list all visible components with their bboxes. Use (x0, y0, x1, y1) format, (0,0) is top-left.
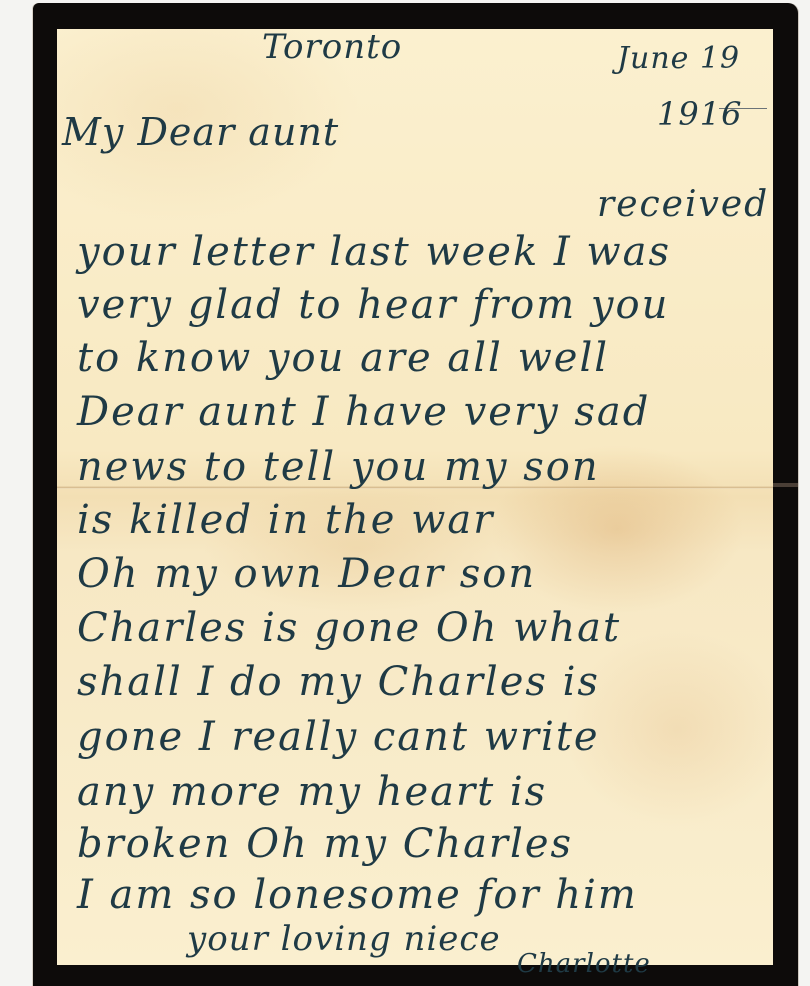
body-line: broken Oh my Charles (77, 821, 573, 867)
body-line: received (597, 184, 769, 225)
body-line: Charles is gone Oh what (77, 605, 621, 651)
body-line: shall I do my Charles is (77, 659, 600, 705)
body-line: I am so lonesome for him (77, 872, 638, 918)
fold-notch (773, 483, 798, 487)
date-year: 1916 (657, 95, 742, 133)
body-line: your letter last week I was (77, 229, 671, 275)
body-line: Oh my own Dear son (77, 551, 536, 597)
body-line: is killed in the war (77, 497, 494, 543)
body-line: very glad to hear from you (77, 282, 669, 328)
body-line: any more my heart is (77, 769, 547, 815)
body-line: news to tell you my son (77, 444, 600, 490)
date-month-day: June 19 (617, 41, 740, 76)
body-line: to know you are all well (77, 335, 609, 381)
body-line: gone I really cant write (77, 714, 600, 760)
place-heading: Toronto (262, 27, 402, 67)
closing: your loving niece (187, 919, 501, 959)
signature: Charlotte (517, 949, 651, 979)
letter-paper: Toronto June 19 1916 My Dear aunt receiv… (57, 29, 773, 965)
body-line: Dear aunt I have very sad (77, 389, 650, 435)
salutation: My Dear aunt (62, 110, 339, 154)
